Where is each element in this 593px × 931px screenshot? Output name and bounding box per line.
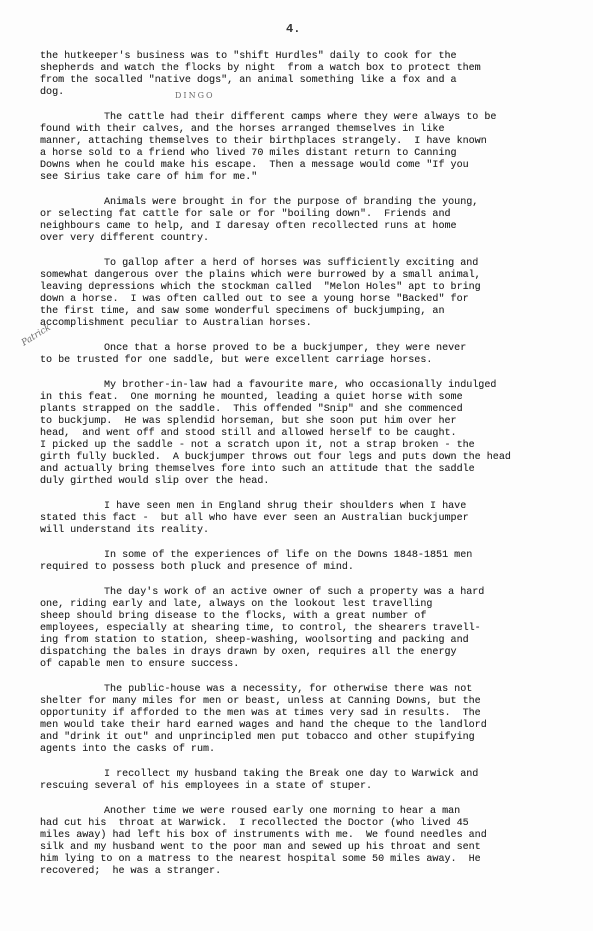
paragraph: The cattle had their different camps whe… <box>40 112 593 184</box>
body-text: the hutkeeper's business was to "shift H… <box>40 51 593 891</box>
text-line: ing from station to station, sheep-washi… <box>40 635 593 647</box>
text-line: to buckjump. He was splendid horseman, b… <box>40 416 593 428</box>
text-line: sheep should bring disease to the flocks… <box>40 611 593 623</box>
paragraph: The day's work of an active owner of suc… <box>40 587 593 671</box>
text-line: shelter for many miles for men or beast,… <box>40 696 593 708</box>
text-line: in this feat. One morning he mounted, le… <box>40 392 593 404</box>
text-line: miles away) had left his box of instrume… <box>40 830 593 842</box>
text-line: manner, attaching themselves to their bi… <box>40 136 593 148</box>
text-line: silk and my husband went to the poor man… <box>40 842 593 854</box>
paragraph: The public-house was a necessity, for ot… <box>40 684 593 756</box>
text-line: To gallop after a herd of horses was suf… <box>40 258 593 270</box>
text-line: Once that a horse proved to be a buckjum… <box>40 343 593 355</box>
text-line: The cattle had their different camps whe… <box>40 112 593 124</box>
paragraph: Animals were brought in for the purpose … <box>40 197 593 245</box>
text-line: men would take their hard earned wages a… <box>40 720 593 732</box>
text-line: duly girthed would slip over the head. <box>40 476 593 488</box>
text-line: leaving depressions which the stockman c… <box>40 282 593 294</box>
text-line: girth fully buckled. A buckjumper throws… <box>40 452 593 464</box>
page-number: 4. <box>286 22 300 36</box>
text-line: plants strapped on the saddle. This offe… <box>40 404 593 416</box>
text-line: I recollect my husband taking the Break … <box>40 769 593 781</box>
text-line: to be trusted for one saddle, but were e… <box>40 355 593 367</box>
text-line: neighbours came to help, and I daresay o… <box>40 221 593 233</box>
text-line: The day's work of an active owner of suc… <box>40 587 593 599</box>
text-line: dispatching the bales in drays drawn by … <box>40 647 593 659</box>
text-line: I picked up the saddle - not a scratch u… <box>40 440 593 452</box>
paragraph: My brother-in-law had a favourite mare, … <box>40 380 593 488</box>
text-line: Downs when he could make his escape. The… <box>40 160 593 172</box>
text-line: the first time, and saw some wonderful s… <box>40 306 593 318</box>
text-line: the hutkeeper's business was to "shift H… <box>40 51 593 63</box>
text-line: I have seen men in England shrug their s… <box>40 501 593 513</box>
text-line: had cut his throat at Warwick. I recolle… <box>40 818 593 830</box>
text-line: will understand its reality. <box>40 525 593 537</box>
text-line: see Sirius take care of him for me." <box>40 172 593 184</box>
paragraph: I have seen men in England shrug their s… <box>40 501 593 537</box>
paragraph: In some of the experiences of life on th… <box>40 550 593 574</box>
text-line: down a horse. I was often called out to … <box>40 294 593 306</box>
text-line: and actually bring themselves fore into … <box>40 464 593 476</box>
text-line: and "drink it out" and unprincipled men … <box>40 732 593 744</box>
text-line: Another time we were roused early one mo… <box>40 806 593 818</box>
text-line: from the socalled "native dogs", an anim… <box>40 75 593 87</box>
text-line: head, and went off and stood still and a… <box>40 428 593 440</box>
text-line: somewhat dangerous over the plains which… <box>40 270 593 282</box>
text-line: stated this fact - but all who have ever… <box>40 513 593 525</box>
text-line: rescuing several of his employees in a s… <box>40 781 593 793</box>
paragraph: To gallop after a herd of horses was suf… <box>40 258 593 330</box>
text-line: Animals were brought in for the purpose … <box>40 197 593 209</box>
text-line: required to possess both pluck and prese… <box>40 562 593 574</box>
text-line: agents into the casks of rum. <box>40 744 593 756</box>
text-line: dog. <box>40 87 593 99</box>
document-page: 4. DINGO Patrick the hutkeeper's busines… <box>0 0 593 931</box>
text-line: The public-house was a necessity, for ot… <box>40 684 593 696</box>
text-line: recovered; he was a stranger. <box>40 866 593 878</box>
text-line: one, riding early and late, always on th… <box>40 599 593 611</box>
paragraph: the hutkeeper's business was to "shift H… <box>40 51 593 99</box>
text-line: over very different country. <box>40 233 593 245</box>
paragraph: Another time we were roused early one mo… <box>40 806 593 878</box>
text-line: In some of the experiences of life on th… <box>40 550 593 562</box>
text-line: My brother-in-law had a favourite mare, … <box>40 380 593 392</box>
text-line: accomplishment peculiar to Australian ho… <box>40 318 593 330</box>
text-line: found with their calves, and the horses … <box>40 124 593 136</box>
text-line: of capable men to ensure success. <box>40 659 593 671</box>
text-line: a horse sold to a friend who lived 70 mi… <box>40 148 593 160</box>
text-line: shepherds and watch the flocks by night … <box>40 63 593 75</box>
paragraph: Once that a horse proved to be a buckjum… <box>40 343 593 367</box>
text-line: employees, especially at shearing time, … <box>40 623 593 635</box>
text-line: opportunity if afforded to the men was a… <box>40 708 593 720</box>
paragraph: I recollect my husband taking the Break … <box>40 769 593 793</box>
text-line: him lying to on a matress to the nearest… <box>40 854 593 866</box>
text-line: or selecting fat cattle for sale or for … <box>40 209 593 221</box>
